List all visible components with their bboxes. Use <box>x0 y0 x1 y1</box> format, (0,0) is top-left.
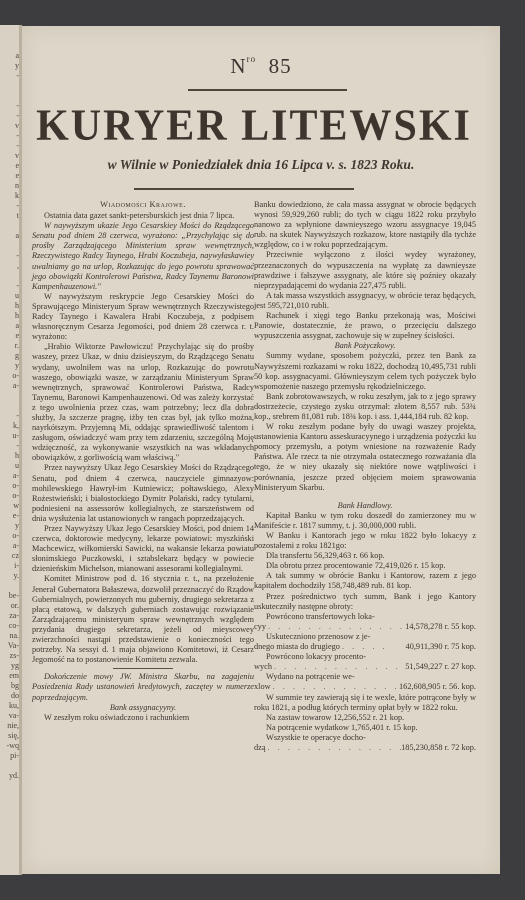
paragraph: „Hrabio Wiktorze Pawłowiczu! Przychylają… <box>32 342 254 463</box>
right-column: Banku dowiedziono, że cała massa assygna… <box>254 200 476 753</box>
paragraph: W naywyższym reskrypcie Jego Cesarskiey … <box>32 292 254 342</box>
paragraph: W naywyższym ukazie Jego Cesarskiey Mośc… <box>32 221 254 292</box>
paragraph: Przez pośrednictwo tych summ, Bank i jeg… <box>254 592 476 612</box>
leader-dots: . . . . . . . . . . . . . . . . <box>266 743 402 753</box>
ledger-entry-label: Wydano na potrącenie we- <box>254 672 476 682</box>
dateline: w Wilnie w Poniedziałek dnia 16 Lipca v.… <box>22 157 500 173</box>
paragraph: W summie tey zawierają się i te wexle, k… <box>254 693 476 713</box>
masthead-rule-bottom <box>134 188 354 190</box>
ledger-value: 14,578,278 r. 55 kop. <box>405 622 476 632</box>
paragraph: Bank zobrotowawszych, w roku zeszłym, ja… <box>254 392 476 422</box>
subheading: Bank Handlowy. <box>254 501 476 511</box>
paragraph: A tak summy w obrócie Banku i Kantorow, … <box>254 571 476 591</box>
issue-suffix: ro <box>247 54 257 64</box>
ledger-value: 40,911,390 r. 75 kop. <box>406 642 476 652</box>
left-column: Wiadomości Krajowe. Ostatnia data gazet … <box>32 200 254 723</box>
paragraph: A tak massa wszystkich assygnacyy, w obr… <box>254 291 476 311</box>
ledger-line: Na zastaw towarow 12,256,552 r. 21 kop. <box>254 713 476 723</box>
leader-dots: . . . . . . . . . . . . . . . . <box>271 682 399 692</box>
leader-dots: . . . . . <box>340 642 406 652</box>
ledger-label: dnego miasta do drugiego <box>254 642 340 652</box>
paragraph: Ostatnia data gazet sankt-petersburskich… <box>32 211 254 221</box>
ledger-line: Dla obrotu przez procentowanie 72,419,02… <box>254 561 476 571</box>
leader-dots: . . . . . . . . . . . . . . . . <box>272 662 405 672</box>
masthead-rule-top <box>188 89 347 91</box>
paragraph: W Banku i Kantorach jego w roku 1822 był… <box>254 531 476 551</box>
ledger-total: dzą. . . . . . . . . . . . . . . .185,23… <box>254 743 476 753</box>
paragraph: Komitet Ministrow pod d. 16 stycznia r. … <box>32 574 254 665</box>
paragraph: W roku zeszłym podane były do uwagi wasz… <box>254 422 476 493</box>
section-heading: Wiadomości Krajowe. <box>32 200 254 210</box>
ledger-label: dzą <box>254 743 266 753</box>
ledger-entry: dnego miasta do drugiego. . . . .40,911,… <box>254 642 476 652</box>
leader-dots: . . . . . . . . . . . . . . . . <box>266 622 405 632</box>
previous-page-text: a y - - - v - - v e e n k - t a - , - u … <box>1 51 19 781</box>
newspaper-page: Nro 85 KURYER LITEWSKI w Wilnie w Ponied… <box>22 26 500 874</box>
subheading: Bank assygnacyyny. <box>32 703 254 713</box>
ledger-label: cyy <box>254 622 266 632</box>
ledger-entry: wych. . . . . . . . . . . . . . . .51,54… <box>254 662 476 672</box>
paragraph: Przeciwnie wyłączono z ilości wydey wyra… <box>254 250 476 290</box>
ledger-entry: xlow. . . . . . . . . . . . . . . .162,6… <box>254 682 476 692</box>
ledger-entry-label: Powrócono transfertowych loka- <box>254 612 476 622</box>
paragraph: Rachunek i xięgi tego Banku przekonają w… <box>254 311 476 341</box>
ledger-entry-label: Uskuteczniono przenosow z je- <box>254 632 476 642</box>
ledger-total-label: Wszystkie te operacye docho- <box>254 733 476 743</box>
paragraph: Summy wydane, sposobem pożyczki, przez t… <box>254 351 476 391</box>
ledger-label: wych <box>254 662 272 672</box>
ledger-value: 162,608,905 r. 56. kop. <box>399 682 476 692</box>
issue-number-value: 85 <box>269 54 292 78</box>
paragraph: W zeszłym roku oświadczono i rachunkiem <box>32 713 254 723</box>
paragraph: Banku dowiedziono, że cała massa assygna… <box>254 200 476 250</box>
italic-note: Dokończenie mowy JW. Ministra Skarbu, na… <box>32 672 254 702</box>
ledger-entry: cyy. . . . . . . . . . . . . . . .14,578… <box>254 622 476 632</box>
issue-number: Nro 85 <box>22 54 500 79</box>
previous-page-edge: a y - - - v - - v e e n k - t a - , - u … <box>0 25 20 875</box>
ledger-value: 51,549,227 r. 27 kop. <box>405 662 476 672</box>
paragraph: Przez Naywyższy Ukaz Jego Cesarskiey Moś… <box>32 524 254 574</box>
ledger-value: 185,230,858 r. 72 kop. <box>401 743 476 753</box>
ledger-line: Dla transfertu 56,329,463 r. 66 kop. <box>254 551 476 561</box>
paragraph: Przez naywyższy Ukaz Jego Cesarskiey Moś… <box>32 463 254 524</box>
newspaper-title: KURYER LITEWSKI <box>34 101 474 151</box>
section-divider <box>113 668 173 669</box>
subheading: Bank Pożyczkowy. <box>254 341 476 351</box>
ledger-entry-label: Powrócono lokacyy procento- <box>254 652 476 662</box>
issue-prefix: N <box>230 54 246 78</box>
ledger-line: Na potrącenie wydatkow 1,765,401 r. 15 k… <box>254 723 476 733</box>
paragraph: Kapitał Banku w tym roku doszedł do zami… <box>254 511 476 531</box>
ledger-label: xlow <box>254 682 271 692</box>
